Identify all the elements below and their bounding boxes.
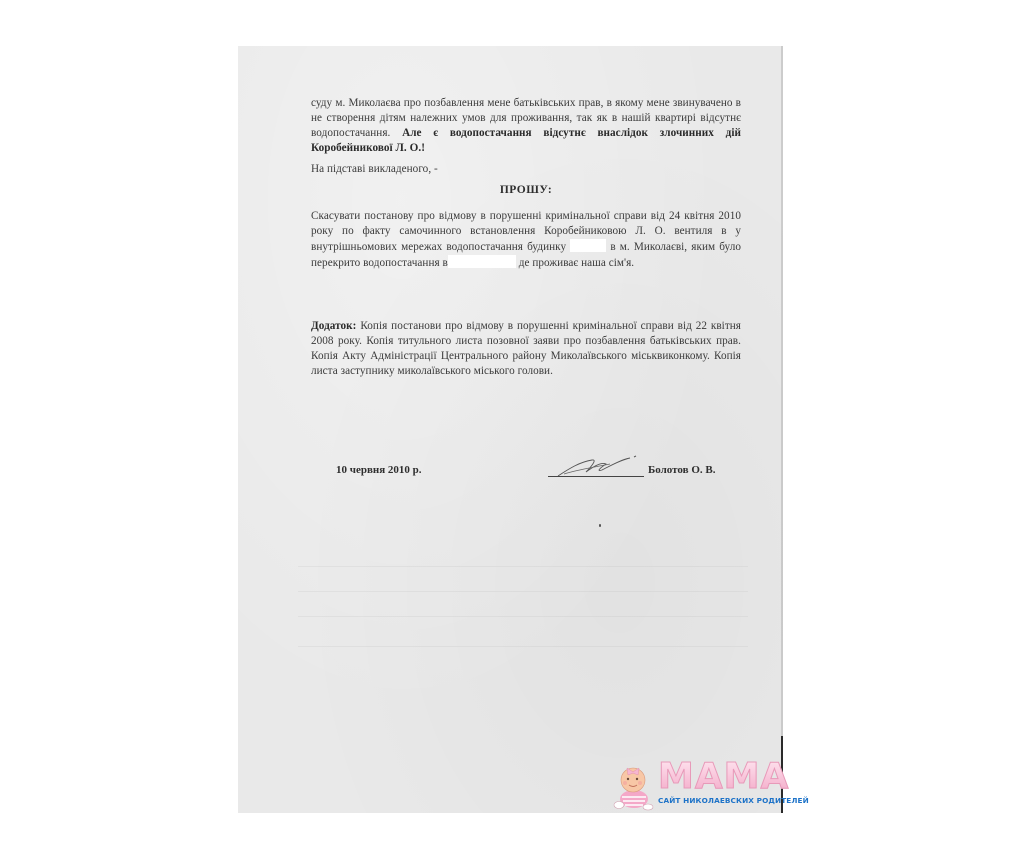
baby-doll-icon <box>612 763 658 811</box>
bleed-through-line <box>298 566 748 567</box>
signature-line <box>548 476 644 477</box>
attachment-text: Копія постанови про відмову в порушенні … <box>311 320 741 377</box>
request-text-3: де проживає наша сім'я. <box>519 257 634 269</box>
redacted-address-box <box>570 239 606 252</box>
viewport: суду м. Миколаєва про позбавлення мене б… <box>0 0 1024 860</box>
paragraph-basis: На підставі викладеного, - <box>311 162 741 177</box>
watermark-subtitle: САЙТ НИКОЛАЕВСКИХ РОДИТЕЛЕЙ <box>658 796 809 805</box>
paragraph-court-claim: суду м. Миколаєва про позбавлення мене б… <box>311 96 741 156</box>
paragraph-request: Скасувати постанову про відмову в поруше… <box>311 209 741 271</box>
bleed-through-line <box>298 646 748 647</box>
attachment-label: Додаток: <box>311 320 356 332</box>
signer-name: Болотов О. В. <box>648 464 715 476</box>
bleed-through-line <box>298 616 748 617</box>
bleed-through-line <box>298 591 748 592</box>
scan-speck <box>599 524 601 527</box>
signature-date: 10 червня 2010 р. <box>336 464 422 476</box>
request-heading: ПРОШУ: <box>311 184 741 196</box>
mama-site-watermark-logo: МАМА САЙТ НИКОЛАЕВСКИХ РОДИТЕЛЕЙ <box>606 755 786 813</box>
watermark-title: МАМА <box>658 757 789 797</box>
paragraph-attachment: Додаток: Копія постанови про відмову в п… <box>311 319 741 379</box>
signature-row: 10 червня 2010 р. Болотов О. В. <box>238 460 783 490</box>
redacted-apartment-box <box>448 255 516 268</box>
scanned-document-page: суду м. Миколаєва про позбавлення мене б… <box>238 46 783 813</box>
